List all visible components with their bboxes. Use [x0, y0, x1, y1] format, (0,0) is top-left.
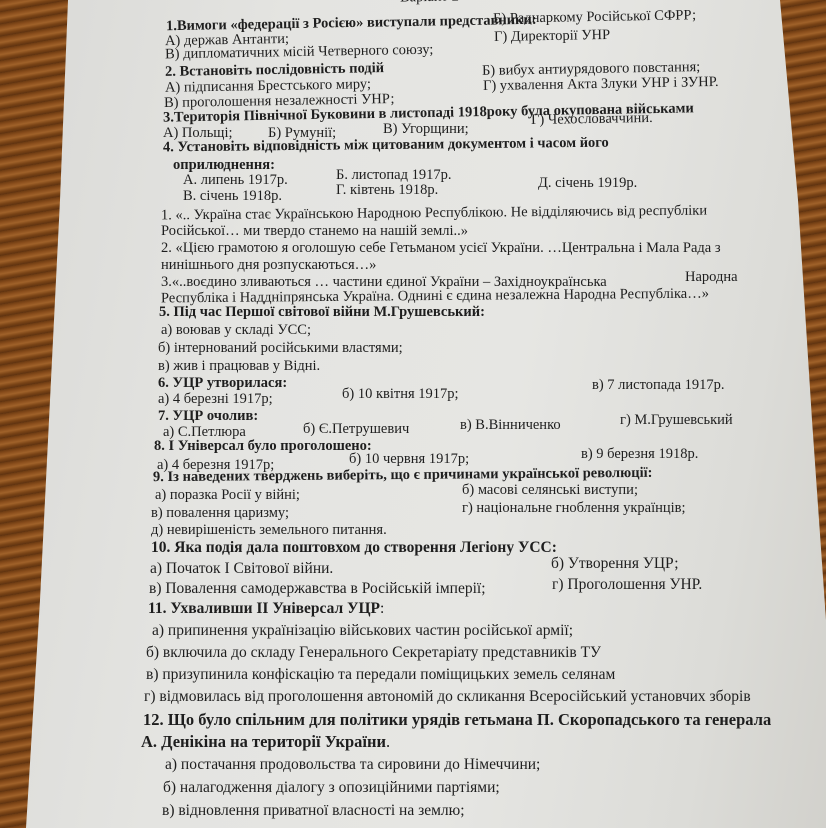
- q9-option-v: в) повалення царизму;: [151, 504, 289, 522]
- q1-option-g: Г) Директорії УНР: [494, 26, 610, 46]
- q10-option-v: в) Повалення самодержавства в Російській…: [149, 580, 486, 598]
- q1-option-b: Б) Раднаркому Російської СФРР;: [493, 6, 696, 28]
- q11-title-colon: :: [380, 600, 384, 617]
- q4-period-g: Г. ківтень 1918р.: [336, 181, 438, 199]
- q9-option-d: д) невирішеність земельного питання.: [151, 521, 387, 539]
- q12-option-a: а) постачання продовольства та сировини …: [165, 756, 540, 774]
- q7-option-v: в) В.Вінниченко: [460, 416, 561, 434]
- q12-option-b: б) налагодження діалогу з опозиційними п…: [163, 779, 500, 797]
- q12-title-line2: А. Денікіна на території України: [141, 732, 386, 751]
- q9-option-g: г) національне гноблення українців;: [462, 499, 686, 517]
- q12-title-line1: 12. Що було спільним для політики урядів…: [143, 711, 771, 729]
- q5-option-b: б) інтернований російськими властями;: [158, 339, 403, 357]
- test-sheet: Варіант 2 1.Вимоги «федерації з Росією» …: [0, 0, 826, 828]
- q11-title: 11. Ухваливши ІІ Універсал УЦР: [148, 600, 380, 617]
- q2-option-g: Г) ухвалення Акта Злуки УНР і ЗУНР.: [483, 73, 719, 95]
- q12-title-period: .: [386, 732, 390, 751]
- q7-option-g: г) М.Грушевський: [620, 411, 733, 429]
- q5-option-a: а) воював у складі УСС;: [161, 321, 311, 339]
- q12-option-v: в) відновлення приватної власності на зе…: [162, 802, 465, 820]
- q4-period-d: Д. січень 1919р.: [538, 174, 637, 192]
- q10-option-g: г) Проголошення УНР.: [552, 576, 702, 594]
- q6-option-a: а) 4 березні 1917р;: [158, 390, 273, 408]
- q10-title: 10. Яка подія дала поштовхом до створенн…: [151, 539, 557, 557]
- q11-option-v: в) призупинила конфіскацію та передали п…: [146, 666, 615, 684]
- q7-option-b: б) Є.Петрушевич: [303, 420, 409, 438]
- q4-document-2-line1: 2. «Цією грамотою я оголошую себе Гетьма…: [161, 239, 721, 257]
- q4-document-2-line2: нинішнього дня розпускаються…»: [161, 256, 376, 274]
- q4-document-1-line1: 1. «.. Україна стає Українською Народною…: [161, 202, 707, 225]
- q6-option-v: в) 7 листопада 1917р.: [592, 376, 725, 394]
- q9-option-b: б) масові селянські виступи;: [462, 481, 638, 499]
- q8-title: 8. І Універсал було проголошено:: [154, 437, 372, 455]
- q5-option-v: в) жив і працював у Відні.: [158, 357, 320, 375]
- q11-option-g: г) відмовилась від проголошення автономі…: [144, 688, 751, 706]
- q3-option-g: Г) Чехословаччини.: [531, 109, 653, 129]
- q4-document-3-line1-end: Народна: [685, 268, 738, 286]
- q5-title: 5. Під час Першої світової війни М.Груше…: [159, 303, 485, 321]
- q8-option-v: в) 9 березня 1918р.: [581, 445, 698, 463]
- q11-option-a: а) припинення українізацію військових ча…: [152, 622, 573, 640]
- q10-option-a: а) Початок І Світової війни.: [150, 560, 333, 578]
- variant-header: Варіант 2: [400, 0, 459, 7]
- q4-period-v: В. січень 1918р.: [183, 187, 282, 205]
- q6-option-b: б) 10 квітня 1917р;: [342, 385, 459, 403]
- q4-document-1-line2: Російської… ми твердо станемо на нашій з…: [161, 222, 468, 240]
- q9-option-a: а) поразка Росії у війні;: [155, 486, 300, 504]
- q11-option-b: б) включила до складу Генерального Секре…: [146, 644, 601, 662]
- q10-option-b: б) Утворення УЦР;: [551, 555, 679, 573]
- q4-title-line1: 4. Установіть відповідність між цитовани…: [163, 134, 609, 157]
